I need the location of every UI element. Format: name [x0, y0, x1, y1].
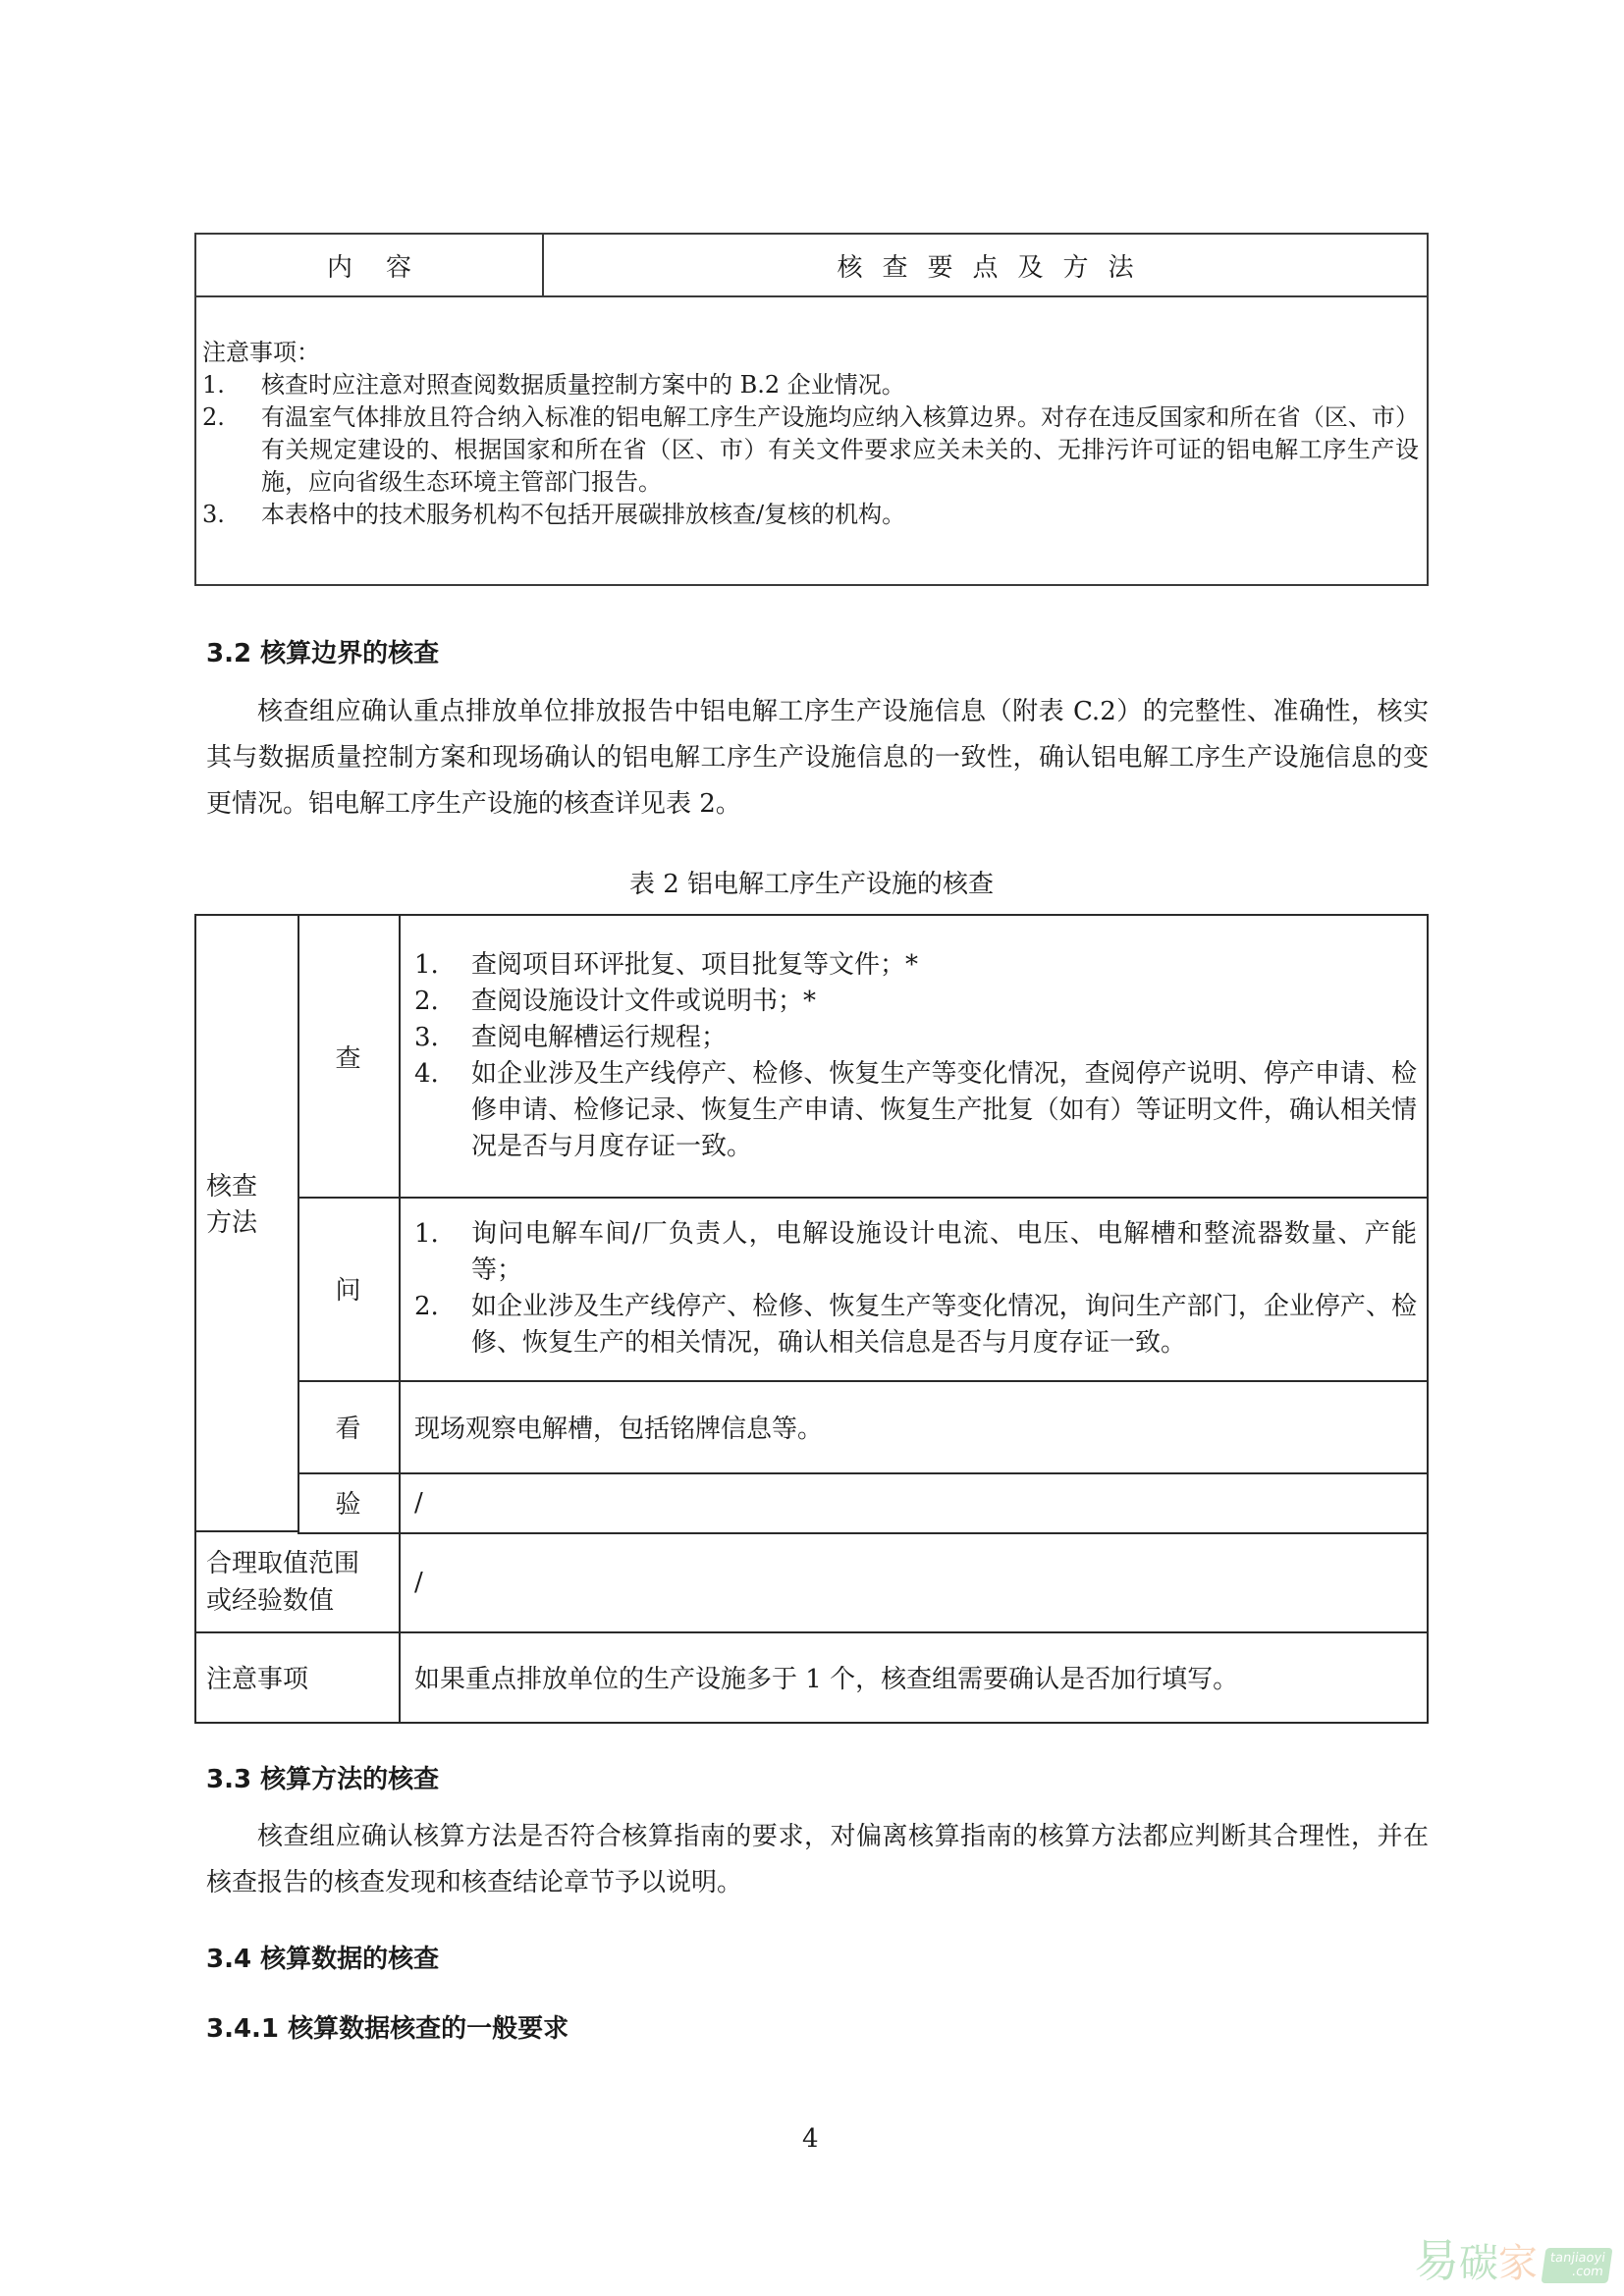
table-1-header-row: 内容 核查要点及方法	[196, 235, 1427, 297]
item-number: 4.	[414, 1056, 471, 1165]
note-number: 3.	[202, 499, 261, 531]
look-label-cell: 看	[298, 1380, 401, 1474]
table-2: 核查方法 查 1. 查阅项目环评批复、项目批复等文件；* 2. 查阅设施设计文件…	[194, 914, 1429, 1724]
watermark-domain: tanjiaoyi	[1549, 2252, 1606, 2266]
look-content-cell: 现场观察电解槽，包括铭牌信息等。	[399, 1380, 1427, 1474]
ask-label-cell: 问	[298, 1197, 401, 1382]
check-content-cell: 1. 查阅项目环评批复、项目批复等文件；* 2. 查阅设施设计文件或说明书；* …	[399, 916, 1427, 1199]
look-label: 看	[335, 1409, 360, 1445]
item-text: 如企业涉及生产线停产、检修、恢复生产等变化情况，询问生产部门，企业停产、检修、恢…	[471, 1289, 1417, 1362]
item-number: 1.	[414, 1216, 471, 1289]
test-label: 验	[335, 1484, 360, 1521]
item-number: 3.	[414, 1020, 471, 1056]
page-number: 4	[802, 2124, 819, 2154]
look-text: 现场观察电解槽，包括铭牌信息等。	[414, 1409, 823, 1445]
method-label-cell: 核查方法	[196, 916, 299, 1532]
ask-label: 问	[335, 1270, 360, 1307]
range-label: 合理取值范围或经验数值	[206, 1545, 383, 1620]
table-1-notes: 注意事项： 1. 核查时应注意对照查阅数据质量控制方案中的 B.2 企业情况。 …	[202, 337, 1419, 531]
check-item: 1. 查阅项目环评批复、项目批复等文件；*	[414, 947, 1417, 984]
notes-text: 如果重点排放单位的生产设施多于 1 个，核查组需要确认是否加行填写。	[414, 1659, 1238, 1695]
watermark-char-tan: 碳	[1459, 2244, 1498, 2283]
check-label-cell: 查	[298, 916, 401, 1199]
ask-content-cell: 1. 询问电解车间/厂负责人，电解设施设计电流、电压、电解槽和整流器数量、产能等…	[399, 1197, 1427, 1382]
item-number: 2.	[414, 984, 471, 1020]
watermark-logo: 易 碳 家 tanjiaoyi .com	[1414, 2238, 1610, 2283]
ask-item: 1. 询问电解车间/厂负责人，电解设施设计电流、电压、电解槽和整流器数量、产能等…	[414, 1216, 1417, 1289]
watermark-char-yi: 易	[1414, 2238, 1459, 2283]
check-item: 4. 如企业涉及生产线停产、检修、恢复生产等变化情况，查阅停产说明、停产申请、检…	[414, 1056, 1417, 1165]
check-list: 1. 查阅项目环评批复、项目批复等文件；* 2. 查阅设施设计文件或说明书；* …	[414, 947, 1417, 1165]
note-number: 2.	[202, 401, 261, 499]
test-label-cell: 验	[298, 1472, 401, 1534]
item-number: 2.	[414, 1289, 471, 1362]
notes-label: 注意事项	[206, 1659, 308, 1695]
range-content-cell: /	[399, 1532, 1427, 1633]
range-text: /	[414, 1568, 423, 1597]
item-text: 查阅设施设计文件或说明书；*	[471, 984, 1417, 1020]
watermark-domain-badge: tanjiaoyi .com	[1541, 2248, 1612, 2283]
watermark-char-jia: 家	[1498, 2244, 1538, 2283]
method-label: 核查方法	[206, 1169, 261, 1242]
test-content-cell: /	[399, 1472, 1427, 1534]
table-2-caption: 表 2 铝电解工序生产设施的核查	[194, 864, 1429, 900]
section-3-3-heading: 3.3 核算方法的核查	[206, 1759, 439, 1795]
note-item: 2. 有温室气体排放且符合纳入标准的铝电解工序生产设施均应纳入核算边界。对存在违…	[202, 401, 1419, 499]
note-text: 有温室气体排放且符合纳入标准的铝电解工序生产设施均应纳入核算边界。对存在违反国家…	[261, 401, 1419, 499]
note-number: 1.	[202, 369, 261, 401]
item-text: 如企业涉及生产线停产、检修、恢复生产等变化情况，查阅停产说明、停产申请、检修申请…	[471, 1056, 1417, 1165]
check-item: 3. 查阅电解槽运行规程；	[414, 1020, 1417, 1056]
ask-item: 2. 如企业涉及生产线停产、检修、恢复生产等变化情况，询问生产部门，企业停产、检…	[414, 1289, 1417, 1362]
section-3-2-heading: 3.2 核算边界的核查	[206, 633, 439, 669]
check-label: 查	[335, 1039, 360, 1075]
test-text: /	[414, 1488, 423, 1518]
section-3-4-1-heading: 3.4.1 核算数据核查的一般要求	[206, 2008, 568, 2045]
notes-title: 注意事项：	[202, 337, 1419, 369]
note-item: 3. 本表格中的技术服务机构不包括开展碳排放核查/复核的机构。	[202, 499, 1419, 531]
section-3-3-paragraph: 核查组应确认核算方法是否符合核算指南的要求，对偏离核算指南的核算方法都应判断其合…	[206, 1814, 1429, 1906]
ask-list: 1. 询问电解车间/厂负责人，电解设施设计电流、电压、电解槽和整流器数量、产能等…	[414, 1216, 1417, 1362]
item-text: 查阅电解槽运行规程；	[471, 1020, 1417, 1056]
watermark-tld: .com	[1547, 2266, 1604, 2279]
section-3-2-paragraph: 核查组应确认重点排放单位排放报告中铝电解工序生产设施信息（附表 C.2）的完整性…	[206, 689, 1429, 828]
note-text: 本表格中的技术服务机构不包括开展碳排放核查/复核的机构。	[261, 499, 1419, 531]
table-1-header-method: 核查要点及方法	[544, 235, 1427, 295]
note-item: 1. 核查时应注意对照查阅数据质量控制方案中的 B.2 企业情况。	[202, 369, 1419, 401]
table-1-header-content: 内容	[196, 235, 544, 295]
item-number: 1.	[414, 947, 471, 984]
notes-content-cell: 如果重点排放单位的生产设施多于 1 个，核查组需要确认是否加行填写。	[399, 1631, 1427, 1722]
section-3-4-heading: 3.4 核算数据的核查	[206, 1939, 439, 1975]
notes-label-cell: 注意事项	[196, 1631, 401, 1722]
note-text: 核查时应注意对照查阅数据质量控制方案中的 B.2 企业情况。	[261, 369, 1419, 401]
item-text: 询问电解车间/厂负责人，电解设施设计电流、电压、电解槽和整流器数量、产能等；	[471, 1216, 1417, 1289]
item-text: 查阅项目环评批复、项目批复等文件；*	[471, 947, 1417, 984]
check-item: 2. 查阅设施设计文件或说明书；*	[414, 984, 1417, 1020]
range-label-cell: 合理取值范围或经验数值	[196, 1532, 401, 1633]
table-1-continuation: 内容 核查要点及方法 注意事项： 1. 核查时应注意对照查阅数据质量控制方案中的…	[194, 233, 1429, 586]
